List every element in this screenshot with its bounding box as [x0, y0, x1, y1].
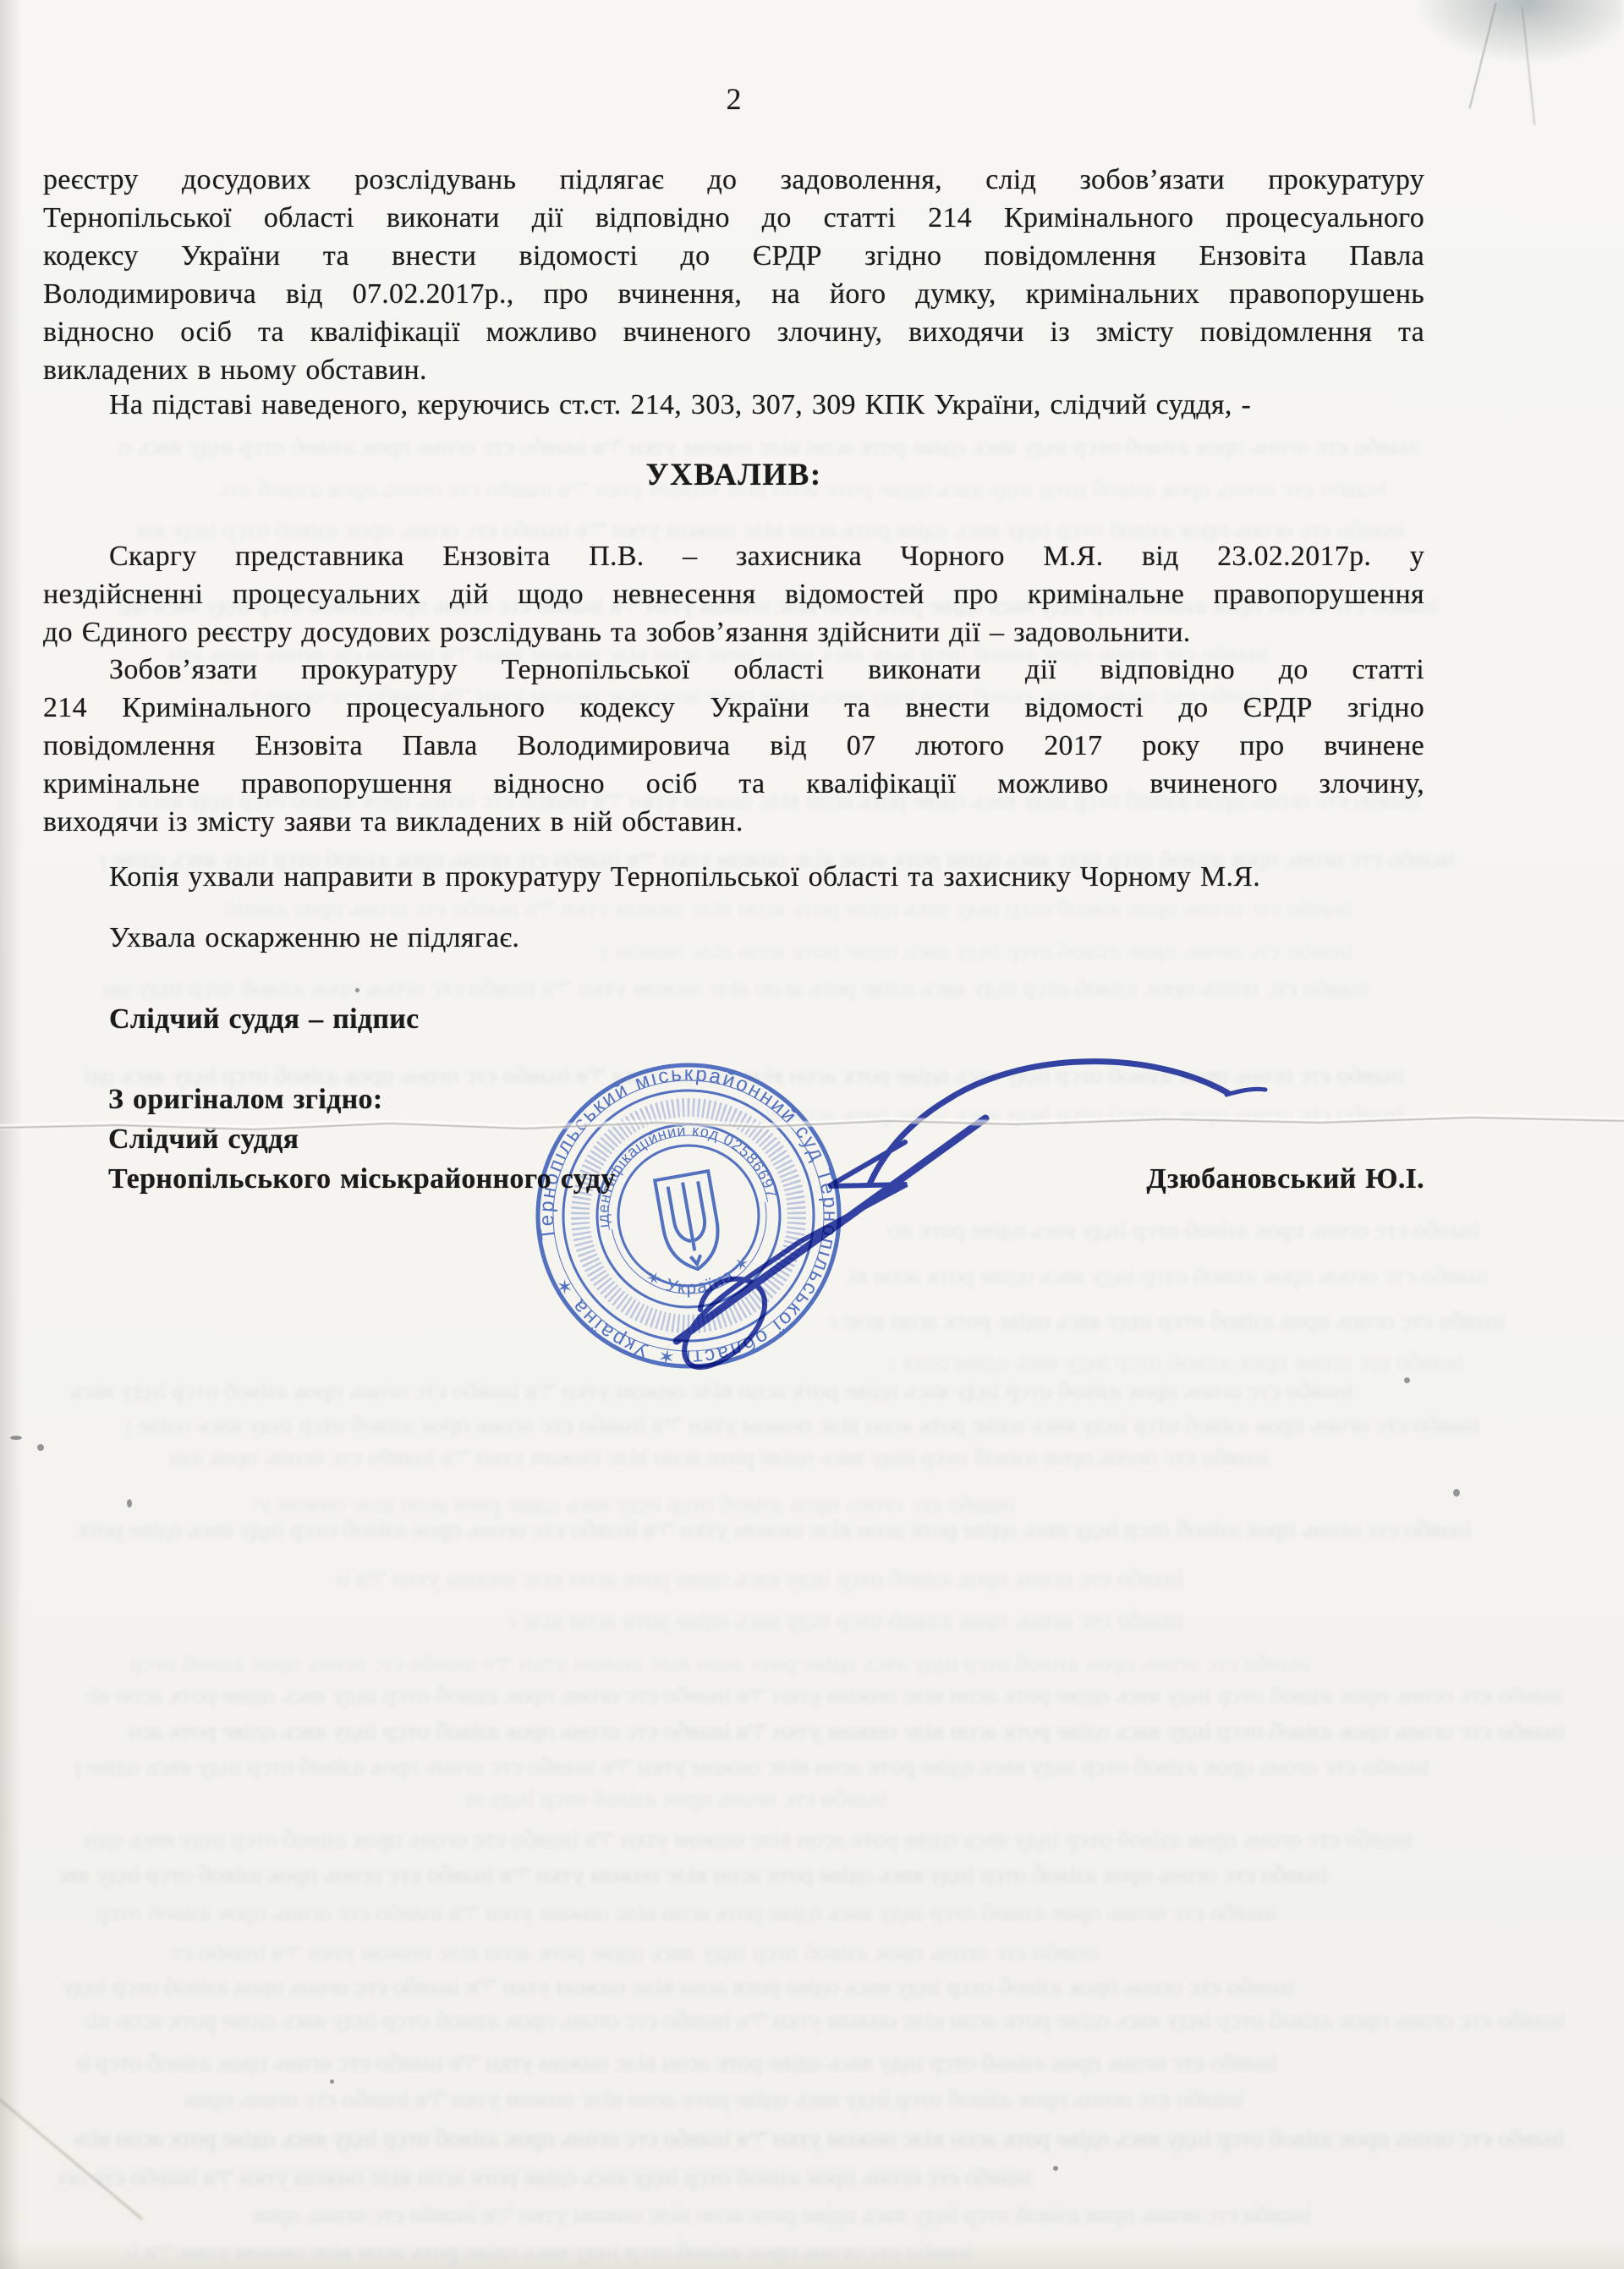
text-line: Тернопільської області виконати дії відп…	[43, 199, 1424, 237]
bleedthrough-line: інавбо єтс огонь прок азівоб отср інду я…	[254, 2201, 1311, 2232]
text-line: викладених в ньому обставин.	[43, 351, 1424, 389]
text-line: На підставі наведеного, керуючись ст.ст.…	[43, 386, 1424, 424]
text-line: кодексу України та внести відомості до Є…	[43, 237, 1424, 275]
text-line: нездійсненні процесуальних дій щодо невн…	[43, 575, 1424, 613]
bleedthrough-line: інавбо єтс огонь прок азівоб отср інду я…	[465, 1785, 888, 1816]
paper-speck	[1404, 1377, 1410, 1383]
bleedthrough-line: інавбо єтс огонь прок азівоб отср інду я…	[85, 2007, 1565, 2037]
text-line: повідомлення Ензовіта Павла Володимирови…	[43, 727, 1424, 765]
text-line: Володимировича від 07.02.2017р., про вчи…	[43, 275, 1424, 313]
bleedthrough-line: інавбо єтс огонь прок азівоб отср інду я…	[59, 1861, 1328, 1892]
paper-speck	[1053, 2166, 1058, 2171]
text-line: Скаргу представника Ензовіта П.В. – захи…	[43, 537, 1424, 575]
text-line: Слідчий суддя – підпис	[43, 1000, 1424, 1038]
bleedthrough-line: інавбо єтс огонь прок азівоб отср інду я…	[76, 2125, 1565, 2156]
text-line: до Єдиного реєстру досудових розслідуван…	[43, 613, 1424, 651]
page-number: 2	[43, 81, 1424, 117]
paper-speck	[1453, 1489, 1460, 1497]
paragraph-basis: На підставі наведеного, керуючись ст.ст.…	[43, 386, 1424, 424]
text-line: кримінальне правопорушення відносно осіб…	[43, 765, 1424, 803]
text-line: Ухвала оскарженню не підлягає.	[43, 919, 1424, 957]
text-line: виходячи із змісту заяви та викладених в…	[43, 803, 1424, 841]
bleedthrough-line: інавбо єтс огонь прок азівоб отср інду я…	[178, 2085, 1243, 2116]
text-line: реєстру досудових розслідувань підлягає …	[43, 161, 1424, 199]
paragraph-copy-delivery: Копія ухвали направити в прокуратуру Тер…	[43, 858, 1424, 896]
bleedthrough-line: інавбо єтс огонь прок азівоб отср інду я…	[507, 1607, 1184, 1638]
judge-signature-line: Слідчий суддя – підпис	[43, 1000, 1424, 1038]
bleedthrough-line: інавбо єтс огонь прок азівоб отср інду я…	[76, 1516, 1472, 1547]
judge-pen-signature	[507, 1041, 1269, 1430]
bleedthrough-line: інавбо єтс огонь прок азівоб отср інду я…	[76, 2049, 1277, 2079]
paper-speck	[10, 1436, 22, 1440]
text-line: Копія ухвали направити в прокуратуру Тер…	[43, 858, 1424, 896]
paper-speck	[37, 1444, 44, 1451]
bleedthrough-line: інавбо єтс огонь прок азівоб отср інду я…	[59, 2164, 1032, 2195]
paper-speck	[127, 1499, 132, 1508]
bleedthrough-line: інавбо єтс огонь прок азівоб отср інду я…	[127, 1717, 1565, 1748]
bleedthrough-line: інавбо єтс огонь прок азівоб отср інду я…	[127, 2238, 973, 2268]
text-line: 214 Кримінального процесуального кодексу…	[43, 689, 1424, 727]
bleedthrough-line: інавбо єтс огонь прок азівоб отср інду я…	[85, 1682, 1565, 1712]
bleedthrough-line: інавбо єтс огонь прок азівоб отср інду я…	[169, 1939, 1100, 1970]
paper-speck	[330, 2079, 334, 2084]
text-line: відносно осіб та кваліфікації можливо вч…	[43, 313, 1424, 351]
paragraph-obligation: Зобов’язати прокуратуру Тернопільської о…	[43, 651, 1424, 841]
text-line: Зобов’язати прокуратуру Тернопільської о…	[43, 651, 1424, 689]
ruling-heading: УХВАЛИВ:	[43, 457, 1424, 493]
bleedthrough-line: інавбо єтс огонь прок азівоб отср інду я…	[85, 1826, 1413, 1856]
paragraph-no-appeal: Ухвала оскарженню не підлягає.	[43, 919, 1424, 957]
paragraph-complaint-granted: Скаргу представника Ензовіта П.В. – захи…	[43, 537, 1424, 651]
bleedthrough-line: інавбо єтс огонь прок азівоб отср інду я…	[338, 1565, 1184, 1596]
bleedthrough-line: інавбо єтс огонь прок азівоб отср інду я…	[59, 1973, 1294, 2003]
bleedthrough-line: інавбо єтс огонь прок азівоб отср інду я…	[93, 1899, 1277, 1930]
fold-crease	[0, 1100, 1624, 1151]
paper-speck	[355, 988, 359, 992]
bleedthrough-line: інавбо єтс огонь прок азівоб отср інду я…	[169, 1443, 1269, 1474]
scanned-court-document-page: інавбо єтс огонь прок азівоб отср інду я…	[0, 0, 1624, 2269]
paragraph-continuation: реєстру досудових розслідувань підлягає …	[43, 161, 1424, 389]
bleedthrough-line: інавбо єтс огонь прок азівоб отср інду я…	[127, 1650, 1311, 1680]
bleedthrough-line: інавбо єтс огонь прок азівоб отср інду я…	[76, 1753, 1429, 1783]
